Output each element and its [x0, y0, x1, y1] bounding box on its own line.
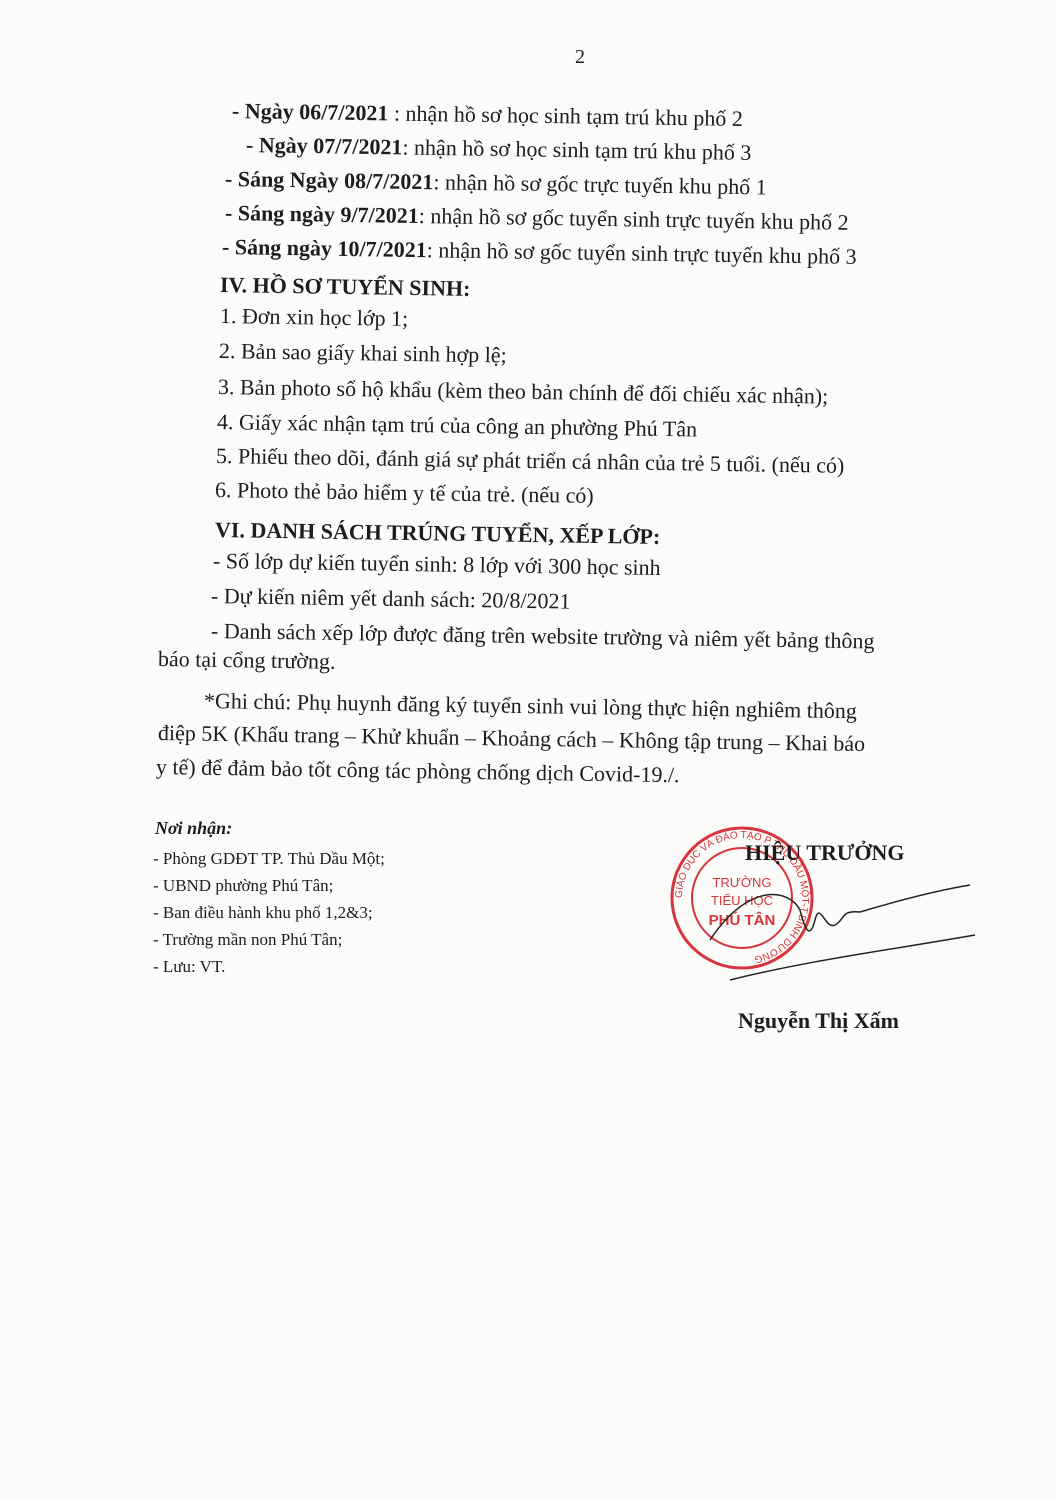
document-item: 2. Bản sao giấy khai sinh hợp lệ; [219, 338, 507, 369]
document-item: 1. Đơn xin học lớp 1; [220, 303, 409, 332]
class-info: báo tại cổng trường. [158, 646, 336, 675]
document-item: 3. Bản photo sổ hộ khẩu (kèm theo bản ch… [218, 374, 829, 410]
document-item: 5. Phiếu theo dõi, đánh giá sự phát triể… [216, 443, 845, 479]
document-item: 4. Giấy xác nhận tạm trú của công an phư… [217, 409, 698, 443]
recipients-heading: Nơi nhận: [155, 818, 232, 839]
section-iv-heading: IV. HỒ SƠ TUYỂN SINH: [220, 272, 471, 302]
schedule-line: - Sáng ngày 10/7/2021: nhận hồ sơ gốc tu… [222, 234, 857, 270]
schedule-line: - Sáng Ngày 08/7/2021: nhận hồ sơ gốc tr… [225, 166, 767, 201]
schedule-line: - Sáng ngày 9/7/2021: nhận hồ sơ gốc tuy… [225, 200, 849, 236]
schedule-line: - Ngày 07/7/2021: nhận hồ sơ học sinh tạ… [246, 132, 752, 166]
recipient-item: - Phòng GDĐT TP. Thủ Dầu Một; [153, 849, 385, 869]
recipient-item: - Ban điều hành khu phố 1,2&3; [153, 903, 373, 923]
note-line: điệp 5K (Khẩu trang – Khử khuẩn – Khoảng… [158, 720, 866, 757]
recipient-item: - UBND phường Phú Tân; [153, 876, 333, 896]
recipient-item: - Lưu: VT. [153, 957, 225, 977]
signer-name: Nguyễn Thị Xấm [738, 1008, 899, 1034]
signature-title: HIỆU TRƯỞNG [745, 840, 905, 866]
schedule-line: - Ngày 06/7/2021 : nhận hồ sơ học sinh t… [232, 98, 743, 132]
page-number: 2 [0, 46, 1056, 69]
class-info: - Số lớp dự kiến tuyển sinh: 8 lớp với 3… [213, 548, 661, 581]
note-line: y tế) để đảm bảo tốt công tác phòng chốn… [156, 754, 680, 788]
note-line: *Ghi chú: Phụ huynh đăng ký tuyển sinh v… [204, 688, 857, 724]
class-info: - Dự kiến niêm yết danh sách: 20/8/2021 [211, 583, 571, 615]
recipient-item: - Trường mần non Phú Tân; [153, 930, 342, 950]
section-vi-heading: VI. DANH SÁCH TRÚNG TUYỂN, XẾP LỚP: [215, 517, 661, 550]
document-item: 6. Photo thẻ bảo hiểm y tế của trẻ. (nếu… [215, 477, 594, 509]
signature-icon [690, 860, 980, 990]
